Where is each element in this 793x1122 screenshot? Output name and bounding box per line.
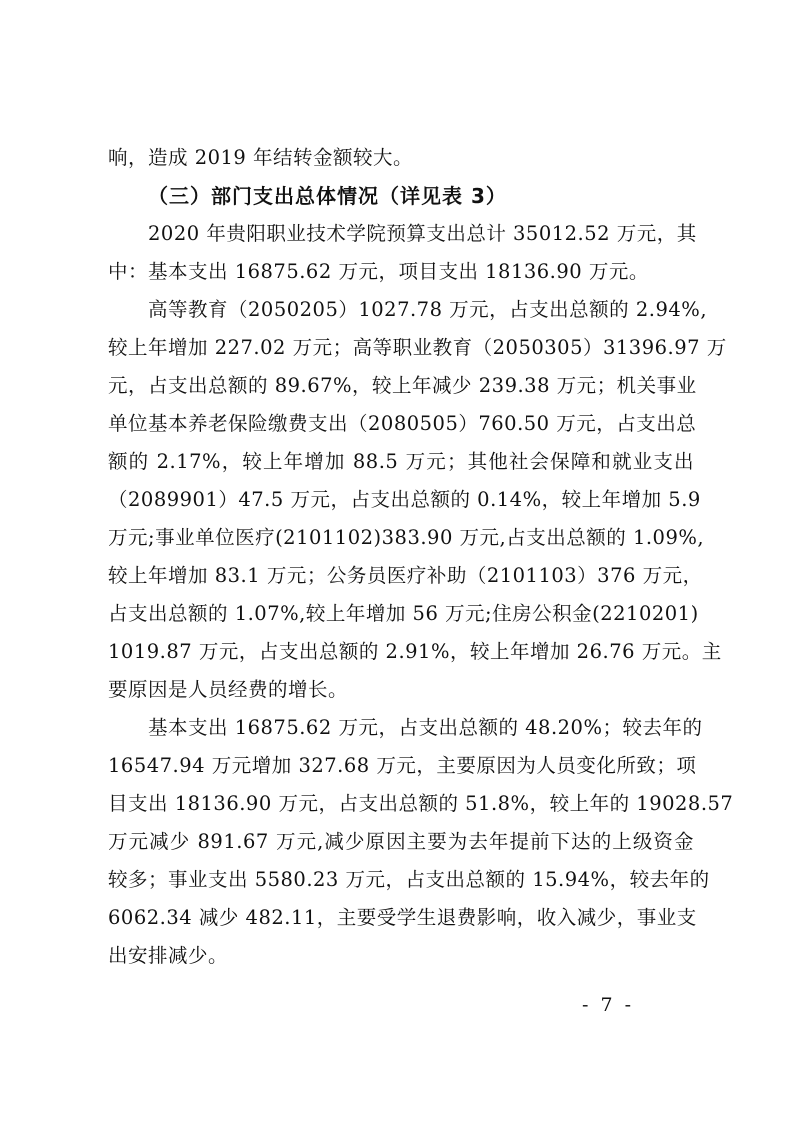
paragraph-2-line-8: 较上年增加 83.1 万元；公务员医疗补助（2101103）376 万元， [108,563,694,589]
paragraph-1-line-1: 2020 年贵阳职业技术学院预算支出总计 35012.52 万元，其 [148,221,694,247]
paragraph-2-line-7: 万元;事业单位医疗(2101102)383.90 万元,占支出总额的 1.09%… [108,525,694,551]
paragraph-3-line-7: 出安排减少。 [108,943,694,969]
section-heading: （三）部门支出总体情况（详见表 3） [148,183,507,209]
paragraph-3-line-3: 目支出 18136.90 万元，占支出总额的 51.8%，较上年的 19028.… [108,791,694,817]
paragraph-3-line-1: 基本支出 16875.62 万元，占支出总额的 48.20%；较去年的 [148,715,694,741]
paragraph-2-line-11: 要原因是人员经费的增长。 [108,677,694,703]
paragraph-2-line-1: 高等教育（2050205）1027.78 万元，占支出总额的 2.94%, [148,297,694,323]
paragraph-1-line-2: 中：基本支出 16875.62 万元，项目支出 18136.90 万元。 [108,259,694,285]
paragraph-3-line-6: 6062.34 减少 482.11，主要受学生退费影响，收入减少，事业支 [108,905,694,931]
paragraph-2-line-4: 单位基本养老保险缴费支出（2080505）760.50 万元，占支出总 [108,411,694,437]
page-number: - 7 - [568,992,648,1018]
paragraph-2-line-5: 额的 2.17%，较上年增加 88.5 万元；其他社会保障和就业支出 [108,449,694,475]
continuation-text-line: 响，造成 2019 年结转金额较大。 [108,145,694,171]
paragraph-2-line-6: （2089901）47.5 万元，占支出总额的 0.14%，较上年增加 5.9 [108,487,694,513]
paragraph-3-line-5: 较多；事业支出 5580.23 万元，占支出总额的 15.94%，较去年的 [108,867,694,893]
paragraph-2-line-10: 1019.87 万元，占支出总额的 2.91%，较上年增加 26.76 万元。主 [108,639,694,665]
paragraph-3-line-4: 万元减少 891.67 万元,减少原因主要为去年提前下达的上级资金 [108,829,694,855]
paragraph-3-line-2: 16547.94 万元增加 327.68 万元，主要原因为人员变化所致；项 [108,753,694,779]
paragraph-2-line-9: 占支出总额的 1.07%,较上年增加 56 万元;住房公积金(2210201) [108,601,694,627]
document-page: 响，造成 2019 年结转金额较大。 （三）部门支出总体情况（详见表 3） 20… [0,0,793,1122]
paragraph-2-line-3: 元，占支出总额的 89.67%，较上年减少 239.38 万元；机关事业 [108,373,694,399]
paragraph-2-line-2: 较上年增加 227.02 万元；高等职业教育（2050305）31396.97 … [108,335,694,361]
